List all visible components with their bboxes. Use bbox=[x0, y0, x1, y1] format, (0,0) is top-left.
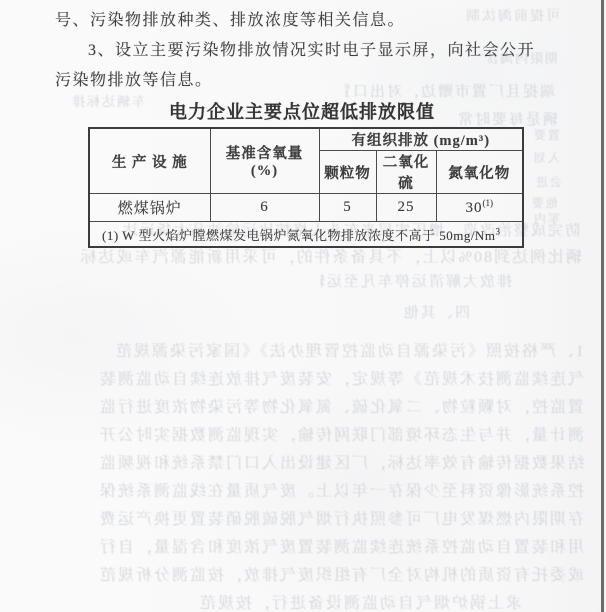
table-footnote-row: (1) W 型火焰炉膛燃煤发电锅炉氮氧化物排放浓度不高于 50mg/Nm3 bbox=[89, 222, 523, 248]
document-content: 号、污染物排放种类、排放浓度等相关信息。 3、设立主要污染物排放情况实时电子显示… bbox=[0, 0, 606, 612]
header-facility: 生 产 设 施 bbox=[89, 128, 210, 194]
cell-so2: 25 bbox=[376, 194, 436, 222]
nox-footnote-ref: (1) bbox=[483, 198, 494, 208]
table-footnote: (1) W 型火焰炉膛燃煤发电锅炉氮氧化物排放浓度不高于 50mg/Nm3 bbox=[89, 222, 523, 248]
header-so2: 二氧化硫 bbox=[376, 151, 436, 194]
scan-edge-line bbox=[601, 0, 604, 612]
body-text-block: 号、污染物排放种类、排放浓度等相关信息。 3、设立主要污染物排放情况实时电子显示… bbox=[55, 6, 549, 96]
table-row-coal-boiler: 燃煤锅炉 6 5 25 30(1) bbox=[89, 194, 523, 222]
cell-facility: 燃煤锅炉 bbox=[89, 194, 210, 222]
table-title: 电力企业主要点位超低排放限值 bbox=[55, 98, 549, 124]
cell-oxygen: 6 bbox=[210, 194, 319, 222]
cell-nox: 30(1) bbox=[436, 194, 523, 222]
footnote-superscript: 3 bbox=[495, 226, 500, 236]
nox-value: 30 bbox=[466, 200, 483, 216]
header-oxygen-baseline: 基准含氧量 (%) bbox=[210, 128, 319, 194]
scanned-document-page: 可提前淘汰制期限内淘汰端捉且厂置市赠边，对出口置车辆达标排辆是每要时常置要入划会… bbox=[0, 0, 606, 612]
body-line-3: 污染物排放等信息。 bbox=[55, 66, 549, 96]
header-nox: 氮氧化物 bbox=[436, 151, 523, 194]
body-line-2: 3、设立主要污染物排放情况实时电子显示屏，向社会公开 bbox=[55, 36, 549, 66]
header-organized-emission: 有组织排放 (mg/m³) bbox=[319, 128, 523, 151]
emission-limits-table: 生 产 设 施 基准含氧量 (%) 有组织排放 (mg/m³) 颗粒物 二氧化硫… bbox=[88, 127, 524, 248]
footnote-text: (1) W 型火焰炉膛燃煤发电锅炉氮氧化物排放浓度不高于 50mg/Nm bbox=[102, 228, 495, 243]
body-line-1: 号、污染物排放种类、排放浓度等相关信息。 bbox=[55, 6, 549, 36]
cell-pm: 5 bbox=[319, 194, 376, 222]
header-particulate: 颗粒物 bbox=[319, 151, 376, 194]
table-header-row-1: 生 产 设 施 基准含氧量 (%) 有组织排放 (mg/m³) bbox=[89, 128, 523, 151]
